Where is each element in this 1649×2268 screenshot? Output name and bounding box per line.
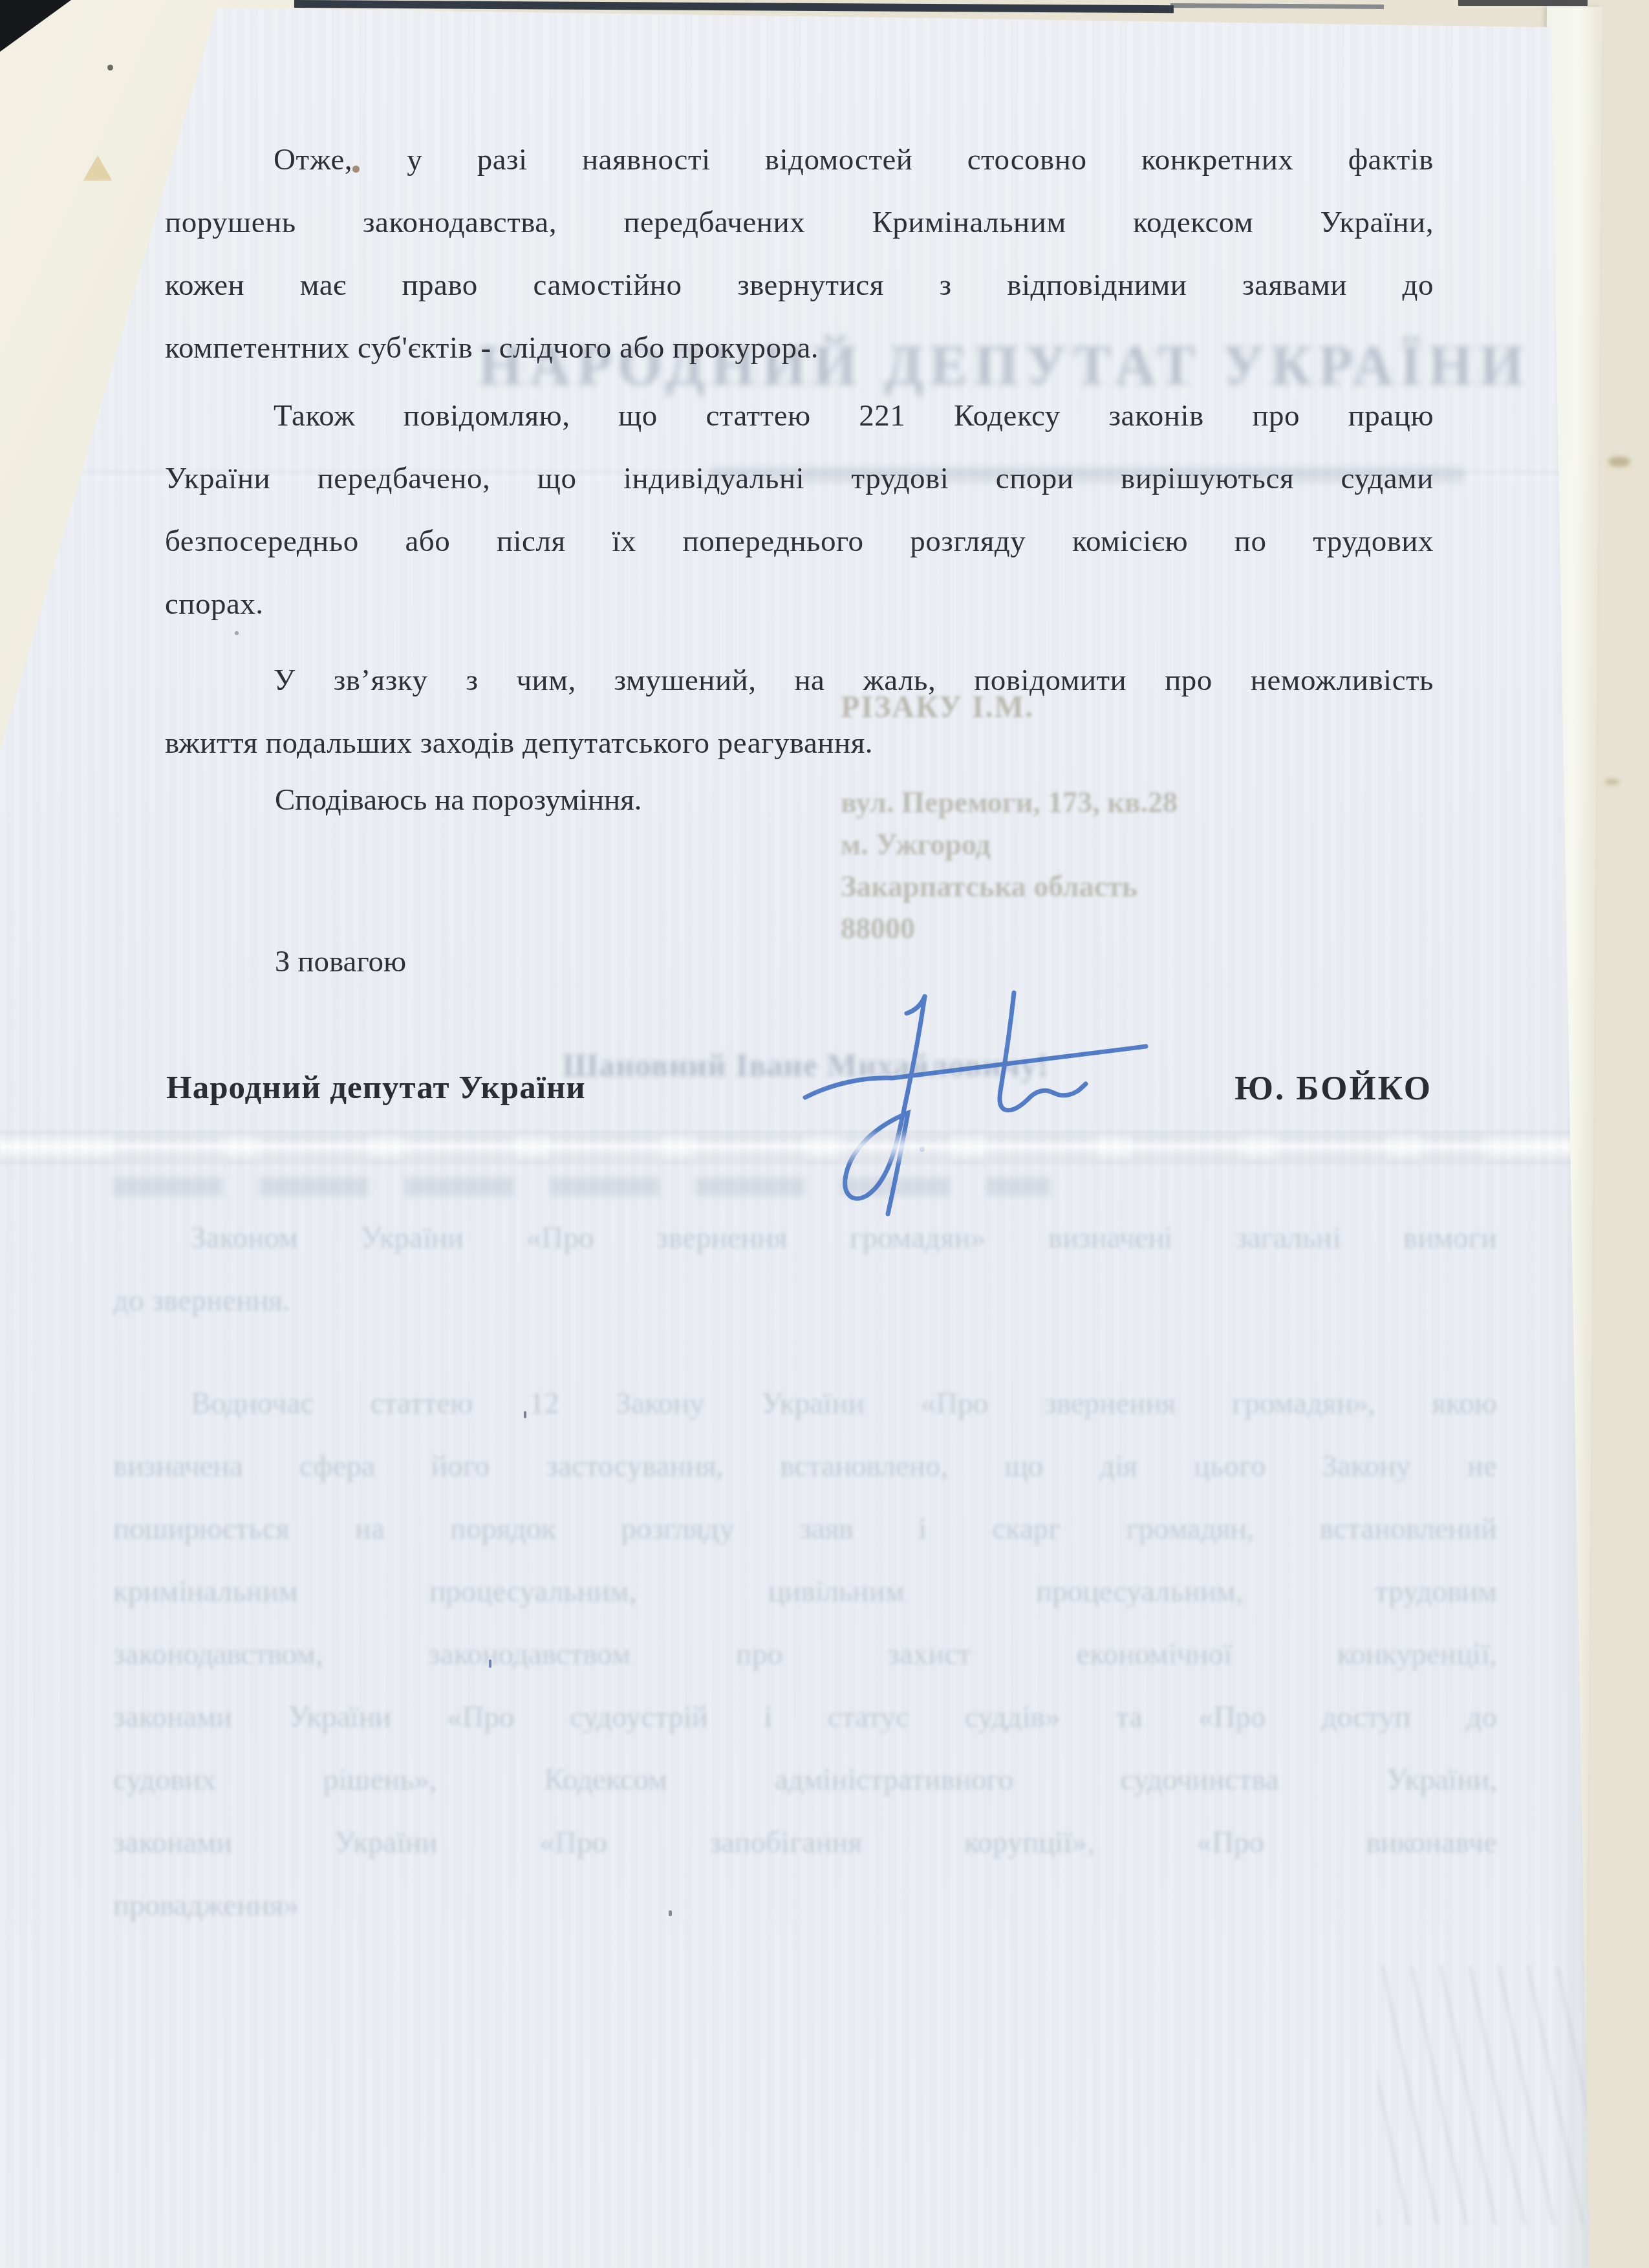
ink-speck [524,1411,526,1418]
ink-speck [669,1910,672,1916]
background-smudge [1608,457,1630,467]
letter-line: Водночас статтею 12 Закону України «Про … [113,1370,1497,1432]
letter-line: кримінальним процесуальним, цивільним пр… [113,1558,1497,1621]
letter-line: України передбачено, що індивідуальні тр… [165,448,1434,510]
background-smudge [1605,779,1619,785]
letter-line: безпосередньо або після їх попереднього … [165,510,1434,573]
dust-speck [235,631,239,635]
scan-edge-line [1170,3,1384,9]
letter-line: визначена сфера його застосування, встан… [113,1432,1497,1495]
ghost-address-block: вул. Перемоги, 173, кв.28м. УжгородЗакар… [841,781,1178,949]
scanned-letter-page: { "letter": { "paragraph1": { "lines": [… [0,0,1649,2268]
letter-line: кожен має право самостійно звернутися з … [165,254,1434,317]
scan-edge-line [1458,0,1588,6]
letter-line: компетентних суб'єктів - слідчого або пр… [165,317,1434,380]
letter-line: У зв’язку з чим, змушений, на жаль, пові… [165,649,1434,712]
letter-line: порушень законодавства, передбачених Кри… [165,191,1434,254]
letter-closing: Сподіваюсь на порозуміння. [275,783,642,817]
letter-line: вжиття подальших заходів депутатського р… [165,712,1434,775]
letter-line: законодавством, законодавством про захис… [113,1621,1497,1683]
scan-streaks [1377,1966,1630,2225]
letter-line: поширюється на порядок розгляду заяв і с… [113,1495,1497,1558]
paper-crease-fold [0,1130,1649,1164]
signer-title: Народний депутат України [166,1069,586,1107]
letter-valediction: З повагою [275,944,406,979]
letter-paragraph: Також повідомляю, що статтею 221 Кодексу… [165,385,1434,636]
ink-speck [489,1659,491,1668]
letter-line: законами України «Про запобігання корупц… [113,1809,1497,1872]
letter-line: Також повідомляю, що статтею 221 Кодексу… [165,385,1434,448]
letter-line: до звернення. [113,1267,1497,1330]
ghost-address-line: м. Ужгород [841,823,1178,865]
ghost-address-line: 88000 [841,907,1178,949]
letter-line: провадження» [113,1872,1497,1934]
ghost-law-paragraph: Водночас статтею 12 Закону України «Про … [113,1370,1497,1934]
letter-paragraph: У зв’язку з чим, змушений, на жаль, пові… [165,649,1434,775]
letter-line: Отже, у разі наявності відомостей стосов… [165,129,1434,191]
signer-name: Ю. БОЙКО [1234,1069,1432,1108]
signature [731,980,1183,1232]
paper-stain [352,166,360,173]
letter-line: спорах. [165,573,1434,636]
letter-line: судових рішень», Кодексом адміністративн… [113,1746,1497,1809]
dust-speck [107,65,113,70]
ghost-address-line: вул. Перемоги, 173, кв.28 [841,781,1178,823]
letter-page: НАРОДНИЙ ДЕПУТАТ УКРАЇНИ РІЗАКУ І.М. вул… [0,0,1649,2268]
ghost-address-line: Закарпатська область [841,865,1178,907]
letter-line: законами України «Про судоустрій і стату… [113,1683,1497,1746]
